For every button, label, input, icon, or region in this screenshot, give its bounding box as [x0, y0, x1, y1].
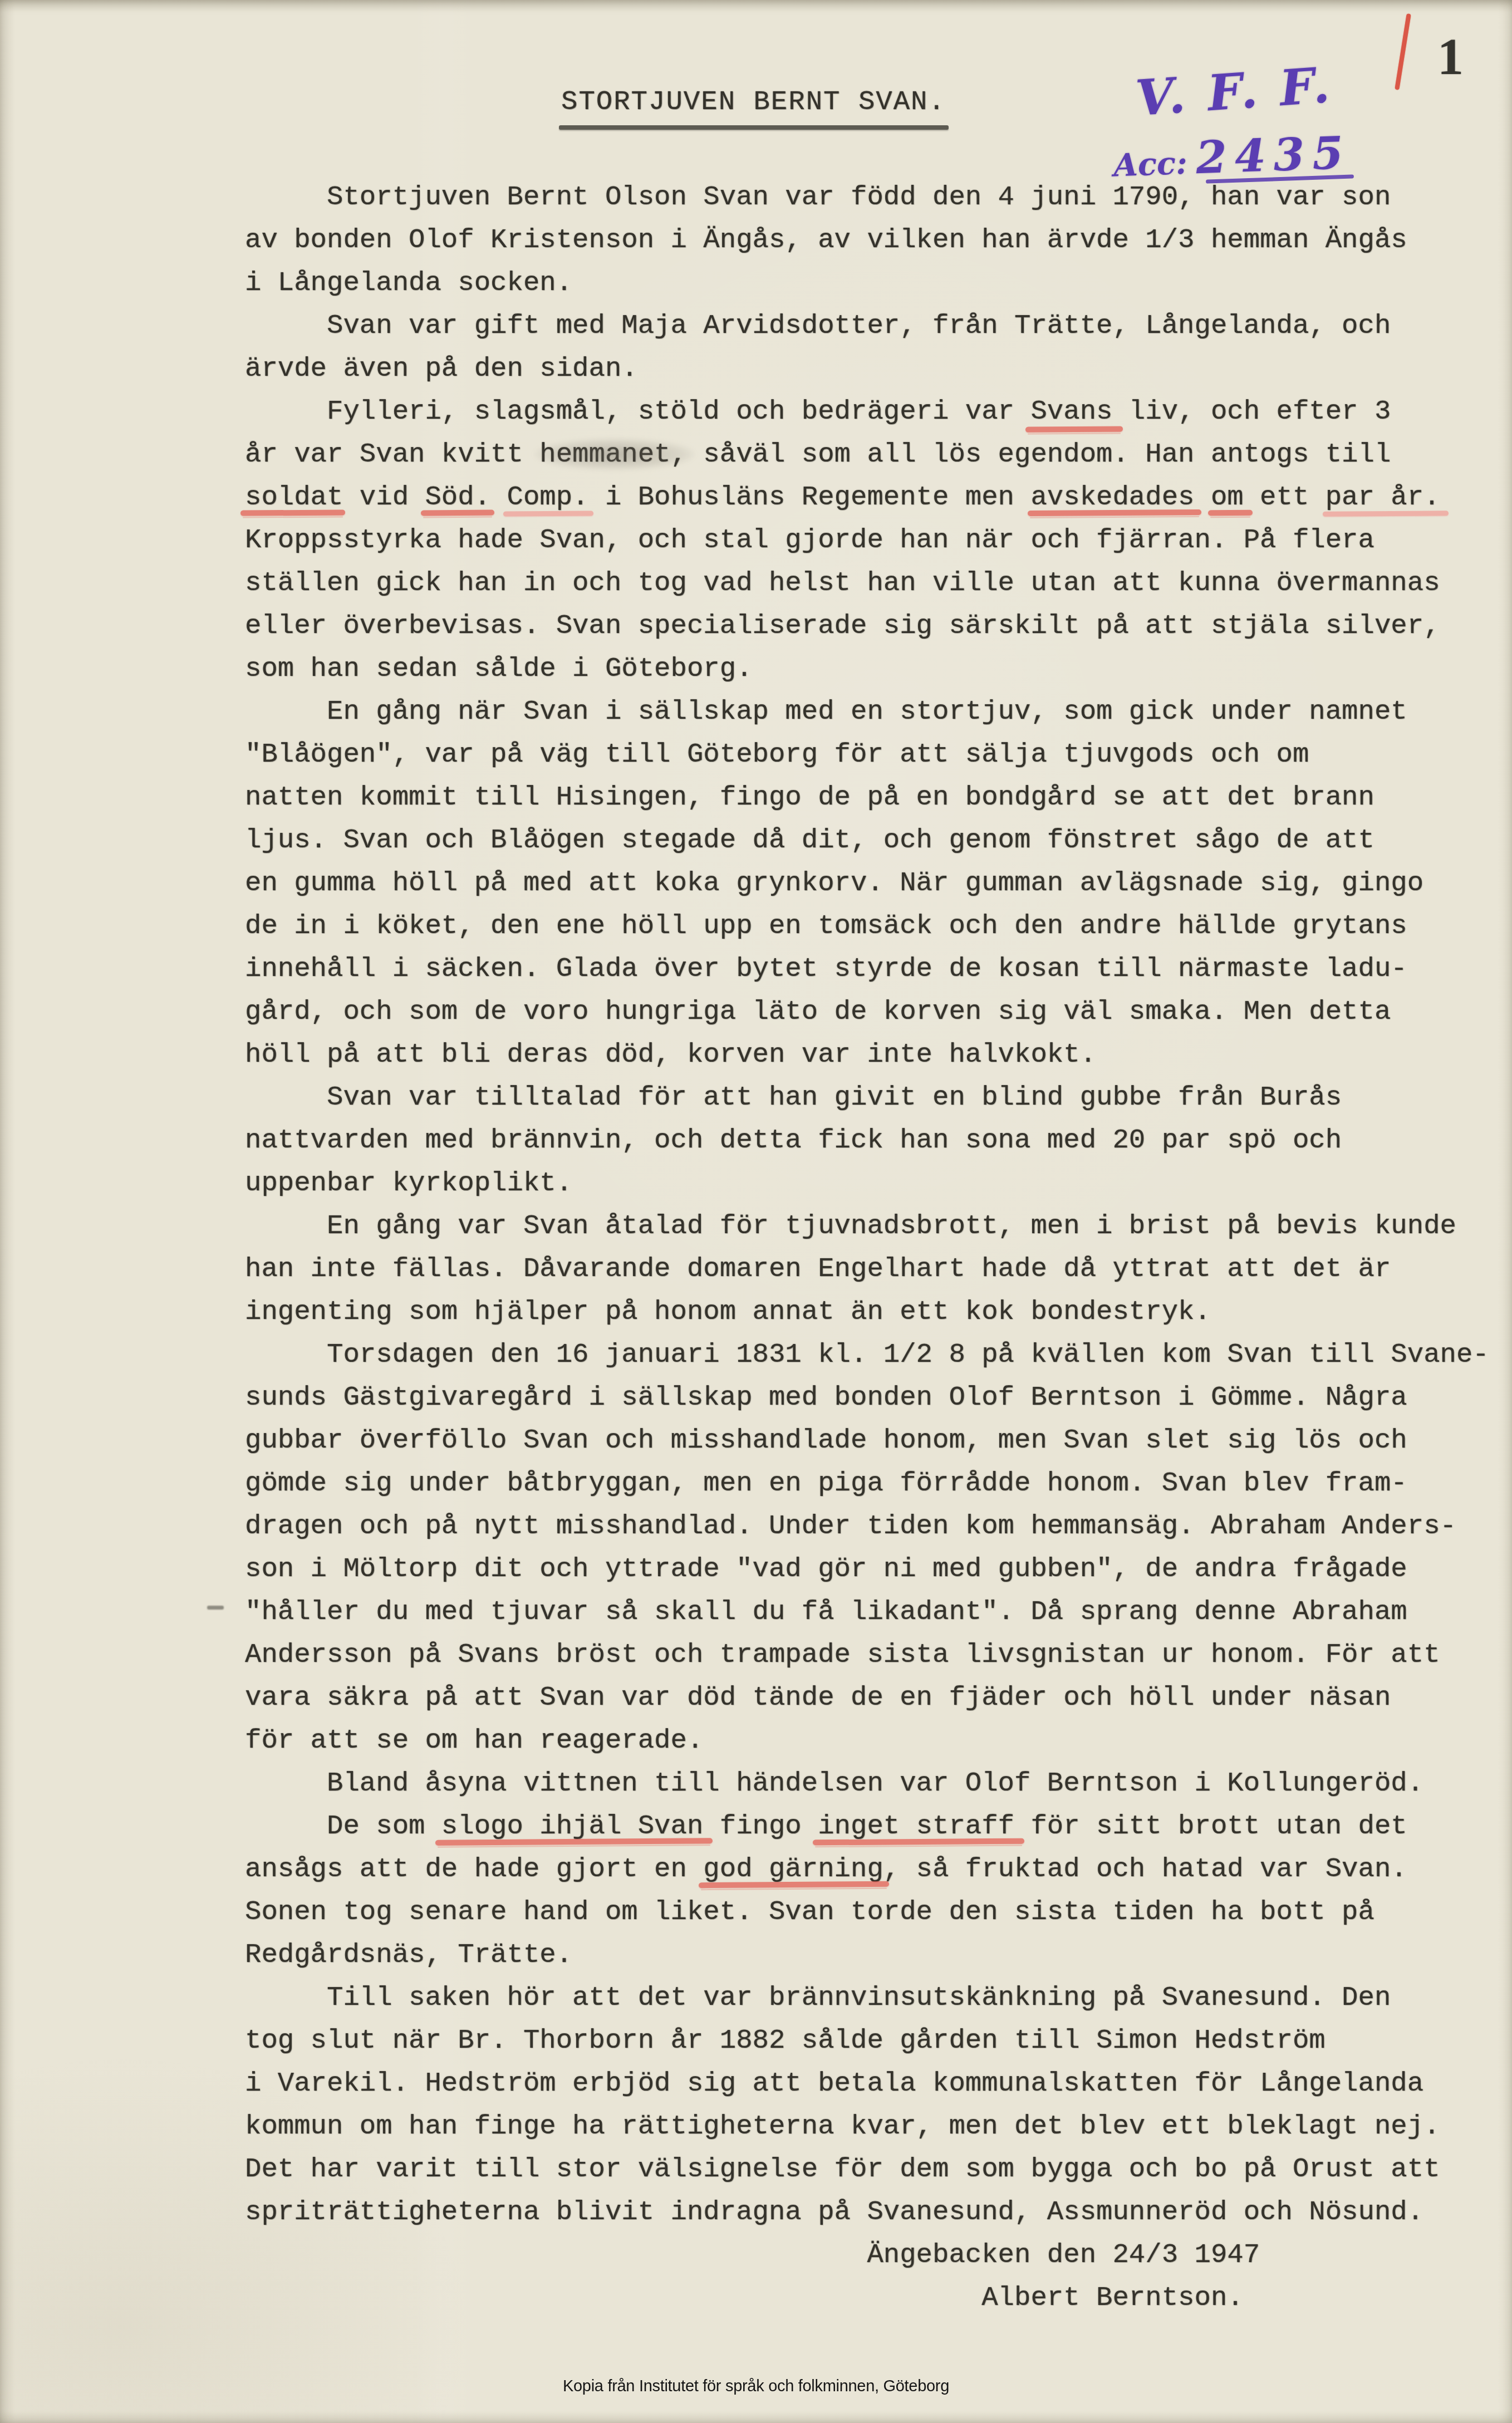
text-line: Redgårdsnäs, Trätte. — [245, 1934, 1489, 1976]
text-line: för att se om han reagerade. — [245, 1719, 1489, 1762]
red-underline-mark — [1208, 510, 1253, 516]
text-line: Andersson på Svans bröst och trampade si… — [245, 1634, 1489, 1676]
text-line: gård, och som de voro hungriga läto de k… — [245, 990, 1489, 1033]
text-line: Torsdagen den 16 januari 1831 kl. 1/2 8 … — [245, 1333, 1489, 1376]
text-line: uppenbar kyrkoplikt. — [245, 1162, 1489, 1205]
text-line: "håller du med tjuvar så skall du få lik… — [245, 1591, 1489, 1634]
scanned-document-page: STORTJUVEN BERNT SVAN. V. F. F. Acc: 243… — [0, 0, 1512, 2423]
text-line: Albert Berntson. — [245, 2277, 1489, 2319]
text-line: Svan var tilltalad för att han givit en … — [245, 1076, 1489, 1119]
archive-footer-caption: Kopia från Institutet för språk och folk… — [0, 2377, 1512, 2396]
text-line: Det har varit till stor välsignelse för … — [245, 2148, 1489, 2191]
text-line: kommun om han finge ha rättigheterna kva… — [245, 2105, 1489, 2148]
title-underline — [559, 125, 949, 130]
text-line: natten kommit till Hisingen, fingo de på… — [245, 776, 1489, 819]
text-line: ställen gick han in och tog vad helst ha… — [245, 562, 1489, 605]
handwritten-vff-annotation: V. F. F. — [1134, 56, 1334, 127]
text-line: spriträttigheterna blivit indragna på Sv… — [245, 2191, 1489, 2234]
text-line: Sonen tog senare hand om liket. Svan tor… — [245, 1891, 1489, 1934]
text-line: ljus. Svan och Blåögen stegade då dit, o… — [245, 819, 1489, 862]
text-line: eller överbevisas. Svan specialiserade s… — [245, 605, 1489, 648]
text-line: "Blåögen", var på väg till Göteborg för … — [245, 733, 1489, 776]
red-underline-mark — [503, 511, 593, 516]
text-line: Stortjuven Bernt Olson Svan var född den… — [245, 176, 1489, 219]
text-line: ärvde även på den sidan. — [245, 347, 1489, 390]
text-line: son i Möltorp dit och yttrade "vad gör n… — [245, 1548, 1489, 1591]
text-line: vara säkra på att Svan var död tände de … — [245, 1676, 1489, 1719]
red-underline-mark — [240, 509, 345, 516]
text-line: sunds Gästgivaregård i sällskap med bond… — [245, 1376, 1489, 1419]
red-pen-mark — [1395, 13, 1411, 90]
stray-ink-mark — [207, 1606, 224, 1610]
text-line: gubbar överföllo Svan och misshandlade h… — [245, 1419, 1489, 1462]
typewritten-text: Stortjuven Bernt Olson Svan var född den… — [245, 176, 1489, 2319]
text-line: Bland åsyna vittnen till händelsen var O… — [245, 1762, 1489, 1805]
red-underline-mark — [421, 510, 494, 516]
text-line: nattvarden med brännvin, och detta fick … — [245, 1119, 1489, 1162]
text-line: i Varekil. Hedström erbjöd sig att betal… — [245, 2062, 1489, 2105]
text-line: En gång när Svan i sällskap med en stort… — [245, 690, 1489, 733]
red-underline-mark — [1025, 426, 1123, 432]
ink-smudge — [534, 439, 695, 470]
text-line: Till saken hör att det var brännvinsutsk… — [245, 1976, 1489, 2019]
text-line: år var Svan kvitt hemmanet, såväl som al… — [245, 433, 1489, 476]
text-line: i Långelanda socken. — [245, 262, 1489, 305]
text-line: gömde sig under båtbryggan, men en piga … — [245, 1462, 1489, 1505]
text-line: Fylleri, slagsmål, stöld och bedrägeri v… — [245, 390, 1489, 433]
text-line: Ängebacken den 24/3 1947 — [245, 2234, 1489, 2277]
text-line: höll på att bli deras död, korven var in… — [245, 1033, 1489, 1076]
text-line: som han sedan sålde i Göteborg. — [245, 648, 1489, 690]
text-line: tog slut när Br. Thorborn år 1882 sålde … — [245, 2019, 1489, 2062]
red-underline-mark — [1323, 511, 1449, 517]
document-title: STORTJUVEN BERNT SVAN. — [561, 85, 946, 119]
text-line: dragen och på nytt misshandlad. Under ti… — [245, 1505, 1489, 1548]
text-line: de in i köket, den ene höll upp en tomsä… — [245, 905, 1489, 948]
page-number: 1 — [1437, 27, 1464, 87]
text-line: han inte fällas. Dåvarande domaren Engel… — [245, 1248, 1489, 1291]
text-line: Kroppsstyrka hade Svan, och stal gjorde … — [245, 519, 1489, 562]
text-line: ingenting som hjälper på honom annat än … — [245, 1291, 1489, 1333]
text-line: Svan var gift med Maja Arvidsdotter, frå… — [245, 305, 1489, 347]
text-line: innehåll i säcken. Glada över bytet styr… — [245, 948, 1489, 990]
text-line: en gumma höll på med att koka grynkorv. … — [245, 862, 1489, 905]
text-line: En gång var Svan åtalad för tjuvnadsbrot… — [245, 1205, 1489, 1248]
text-line: av bonden Olof Kristenson i Ängås, av vi… — [245, 219, 1489, 262]
